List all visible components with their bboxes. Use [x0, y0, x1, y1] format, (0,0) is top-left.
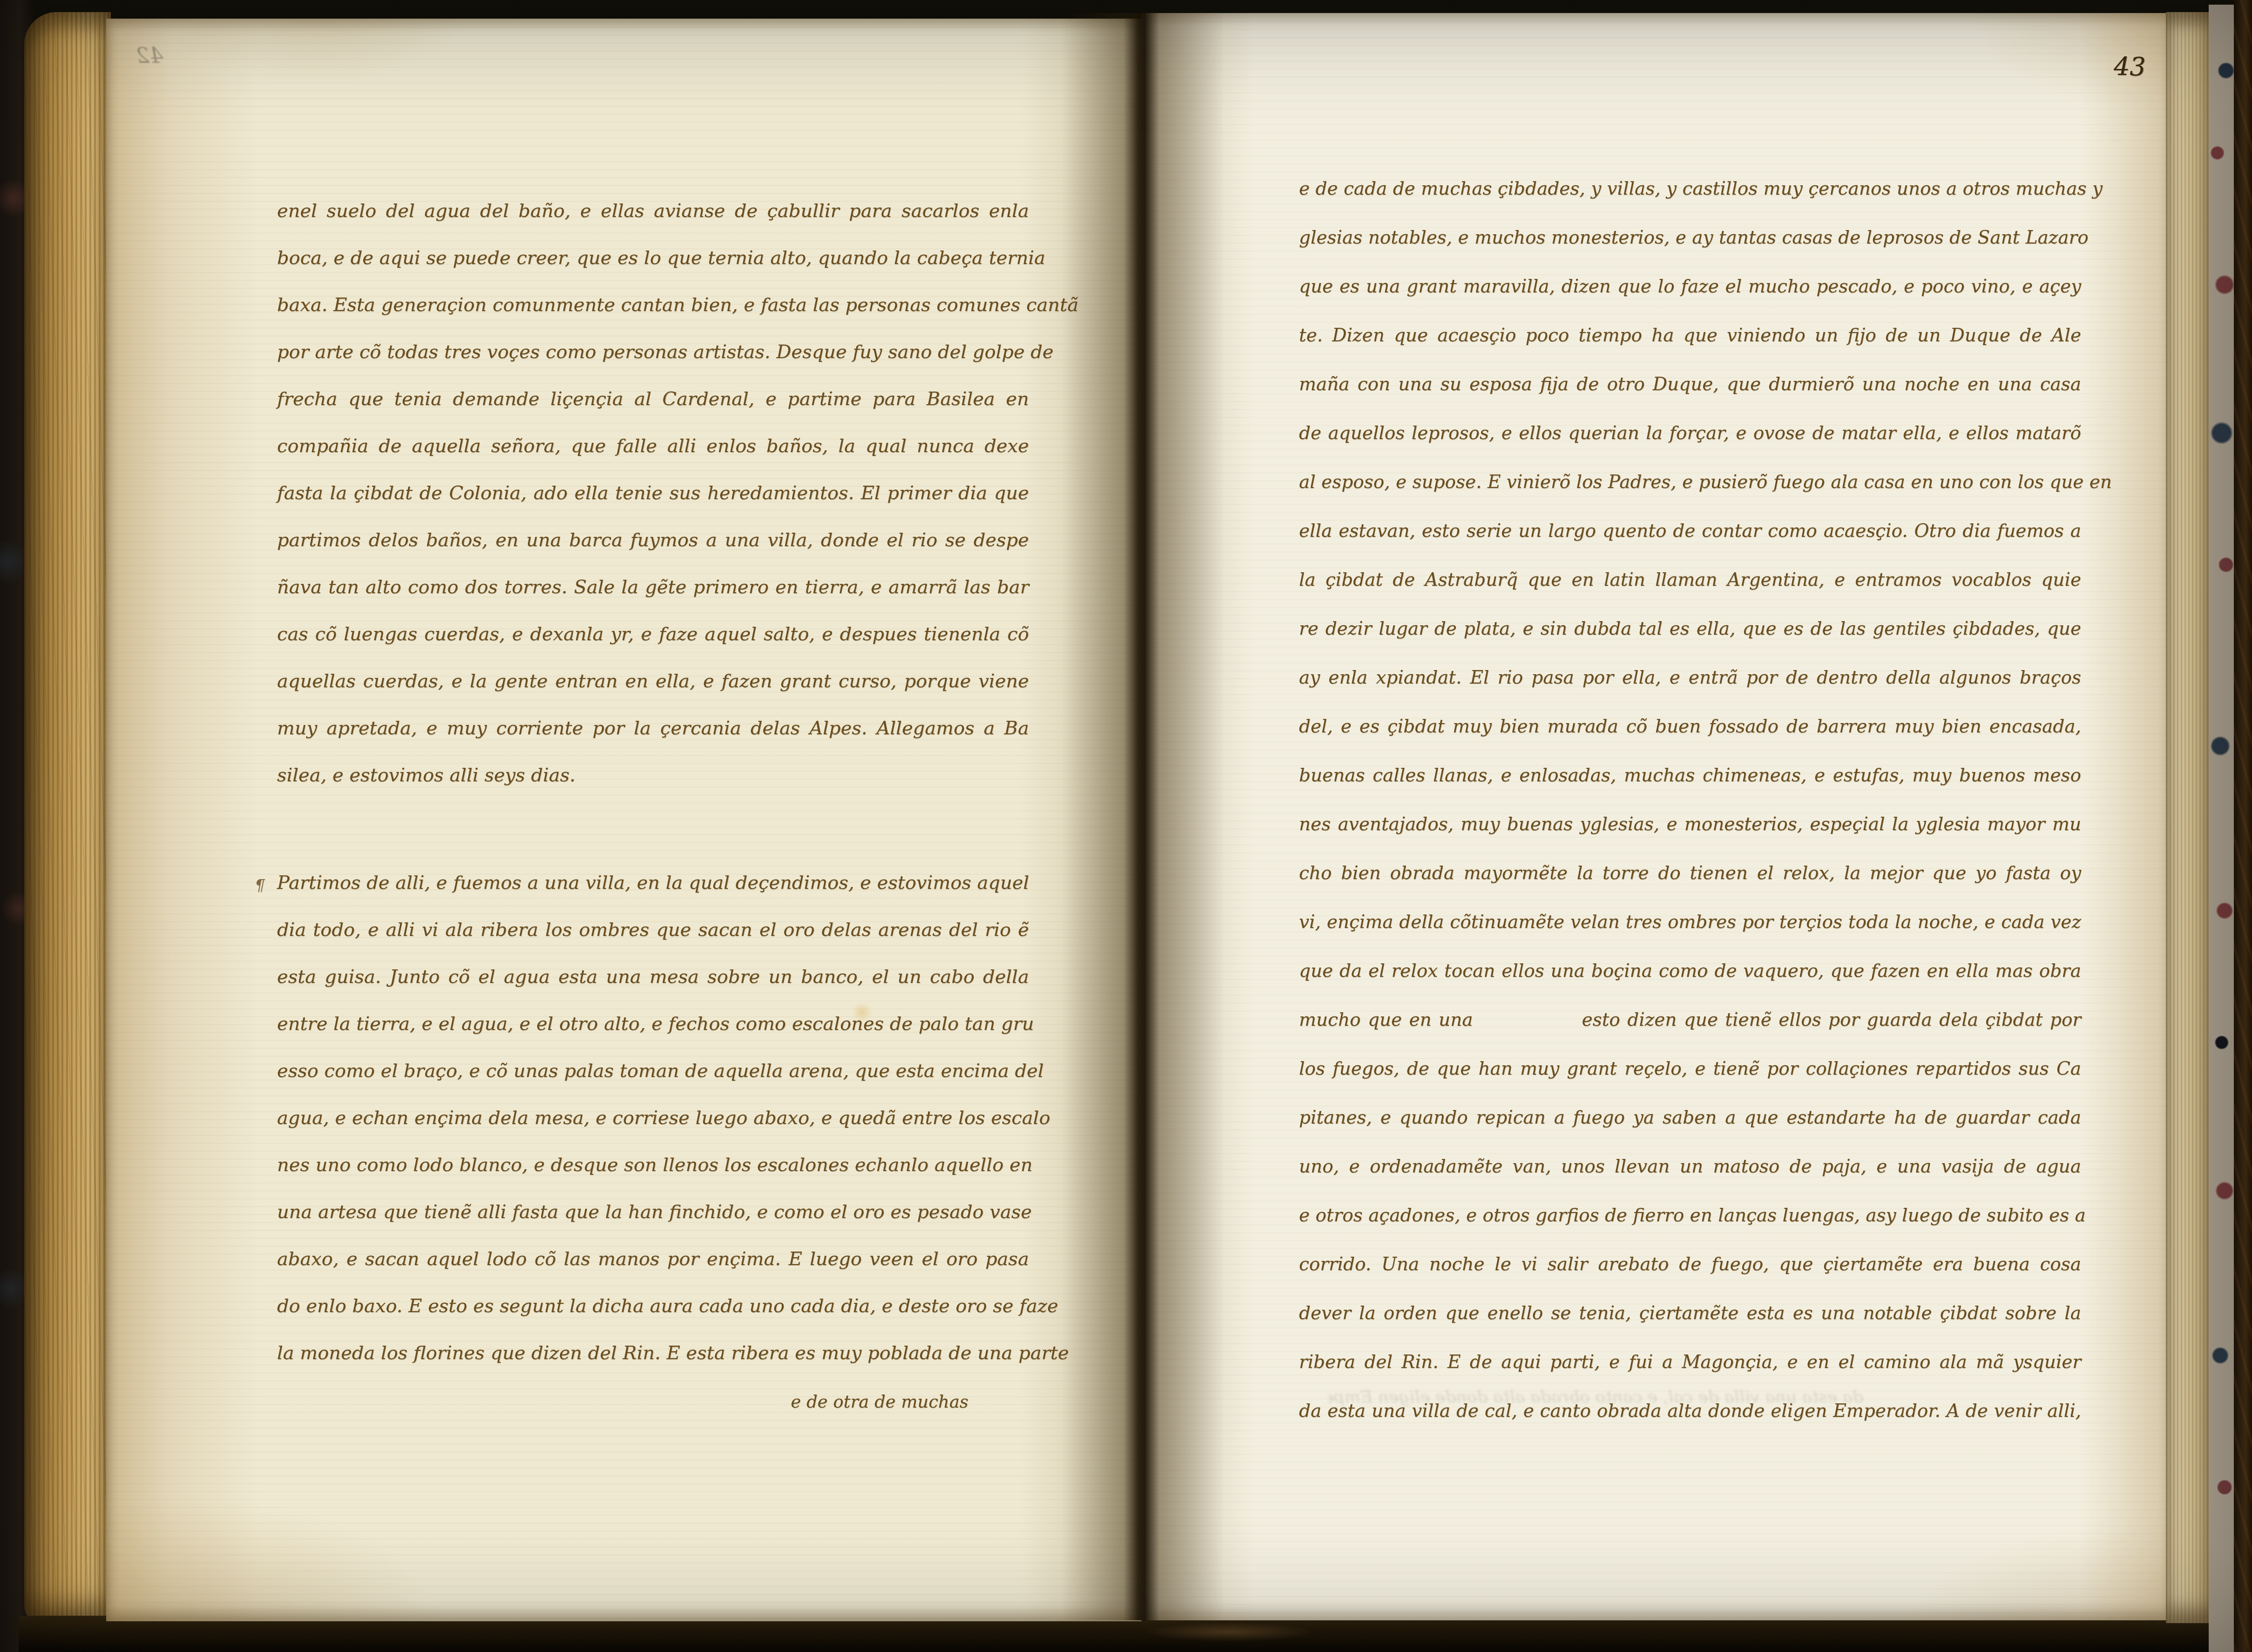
- left-page: 42 enel suelo del agua del baño, e ellas…: [106, 19, 1142, 1621]
- catchword: e de otra de muchas: [277, 1383, 1029, 1421]
- manuscript-line: te. Dizen que acaesçio poco tiempo ha qu…: [1299, 311, 2081, 360]
- paragraph-2: ¶ Partimos de alli, e fuemos a una villa…: [277, 860, 1029, 1377]
- manuscript-line: Partimos de alli, e fuemos a una villa, …: [277, 860, 1029, 907]
- manuscript-line: cas cõ luengas cuerdas, e dexanla yr, e …: [277, 611, 1029, 658]
- manuscript-line: una artesa que tienẽ alli fasta que la h…: [277, 1189, 1029, 1236]
- manuscript-line: ella estavan, esto serie un largo quento…: [1299, 507, 2081, 555]
- right-page-text: e de cada de muchas çibdades, y villas, …: [1299, 164, 2081, 1435]
- marbled-endpaper-edge: [2209, 5, 2238, 1652]
- right-page: 43 e de cada de muchas çibdades, y villa…: [1142, 13, 2172, 1620]
- manuscript-line: por arte cõ todas tres voçes como person…: [277, 329, 1029, 376]
- manuscript-line: la çibdat de Astraburq̃ que en latin lla…: [1299, 555, 2081, 604]
- manuscript-photo: 42 enel suelo del agua del baño, e ellas…: [0, 0, 2252, 1652]
- right-pages-edge: [2166, 12, 2212, 1623]
- manuscript-line: dia todo, e alli vi ala ribera los ombre…: [277, 907, 1029, 954]
- ink-bleedthrough: da esta una villa de cal, e canto obrada…: [1328, 1388, 1863, 1407]
- manuscript-line: frecha que tenia demande liçençia al Car…: [277, 376, 1029, 423]
- manuscript-line: que es una grant maravilla, dizen que lo…: [1299, 262, 2081, 311]
- manuscript-line: aquellas cuerdas, e la gente entran en e…: [277, 658, 1029, 705]
- folio-bleedthrough-mark: 42: [136, 43, 163, 68]
- manuscript-line: abaxo, e sacan aquel lodo cõ las manos p…: [277, 1236, 1029, 1283]
- manuscript-line: fasta la çibdat de Colonia, ado ella ten…: [277, 470, 1029, 517]
- book-fore-edge: [24, 12, 111, 1624]
- manuscript-line: ay enla xpiandat. El rio pasa por ella, …: [1299, 653, 2081, 702]
- manuscript-line: compañia de aquella señora, que falle al…: [277, 423, 1029, 470]
- manuscript-line: uno, e ordenadamẽte van, unos llevan un …: [1299, 1142, 2081, 1191]
- manuscript-line: do enlo baxo. E esto es segunt la dicha …: [277, 1283, 1029, 1330]
- manuscript-line: esta guisa. Junto cõ el agua esta una me…: [277, 954, 1029, 1001]
- manuscript-line: la moneda los florines que dizen del Rin…: [277, 1330, 1029, 1377]
- manuscript-line: los fuegos, de que han muy grant reçelo,…: [1299, 1044, 2081, 1093]
- page-number: 43: [2114, 52, 2146, 81]
- manuscript-line: del, e es çibdat muy bien murada cõ buen…: [1299, 702, 2081, 751]
- manuscript-line: silea, e estovimos alli seys dias.: [277, 752, 1029, 799]
- manuscript-line: maña con una su esposa fija de otro Duqu…: [1299, 360, 2081, 409]
- manuscript-line: ñava tan alto como dos torres. Sale la g…: [277, 564, 1029, 611]
- manuscript-line: agua, e echan ençima dela mesa, e corrie…: [277, 1095, 1029, 1142]
- paragraph-1: enel suelo del agua del baño, e ellas av…: [277, 188, 1029, 799]
- manuscript-line: dever la orden que enello se tenia, çier…: [1299, 1289, 2081, 1338]
- book-cover-right: [2234, 0, 2252, 1652]
- manuscript-line: mucho que en una esto dizen que tienẽ el…: [1299, 995, 2081, 1044]
- manuscript-line: e otros açadones, e otros garfios de fie…: [1299, 1191, 2081, 1240]
- manuscript-line: ribera del Rin. E de aqui parti, e fui a…: [1299, 1338, 2081, 1387]
- manuscript-line: entre la tierra, e el agua, e el otro al…: [277, 1001, 1029, 1048]
- manuscript-line: buenas calles llanas, e enlosadas, mucha…: [1299, 751, 2081, 800]
- manuscript-line: baxa. Esta generaçion comunmente cantan …: [277, 282, 1029, 329]
- manuscript-line: cho bien obrada mayormẽte la torre do ti…: [1299, 849, 2081, 898]
- pilcrow-mark: ¶: [255, 862, 265, 909]
- manuscript-line: boca, e de aqui se puede creer, que es l…: [277, 235, 1029, 282]
- manuscript-line: nes uno como lodo blanco, e desque son l…: [277, 1142, 1029, 1189]
- left-page-text: enel suelo del agua del baño, e ellas av…: [277, 188, 1029, 1421]
- manuscript-line: re dezir lugar de plata, e sin dubda tal…: [1299, 604, 2081, 653]
- manuscript-line: glesias notables, e muchos monesterios, …: [1299, 213, 2081, 262]
- manuscript-line: e de cada de muchas çibdades, y villas, …: [1299, 164, 2081, 213]
- manuscript-line: partimos delos baños, en una barca fuymo…: [277, 517, 1029, 564]
- manuscript-line: que da el relox tocan ellos una boçina c…: [1299, 947, 2081, 995]
- manuscript-line: vi, ençima della cõtinuamẽte velan tres …: [1299, 898, 2081, 947]
- manuscript-line: nes aventajados, muy buenas yglesias, e …: [1299, 800, 2081, 849]
- manuscript-line: pitanes, e quando repican a fuego ya sab…: [1299, 1093, 2081, 1142]
- manuscript-line: de aquellos leprosos, e ellos querian la…: [1299, 409, 2081, 458]
- manuscript-line: enel suelo del agua del baño, e ellas av…: [277, 188, 1029, 235]
- manuscript-line: esso como el braço, e cõ unas palas toma…: [277, 1048, 1029, 1095]
- manuscript-line: muy apretada, e muy corriente por la çer…: [277, 705, 1029, 752]
- manuscript-line: al esposo, e supose. E vinierõ los Padre…: [1299, 458, 2081, 507]
- manuscript-line: corrido. Una noche le vi salir arebato d…: [1299, 1240, 2081, 1289]
